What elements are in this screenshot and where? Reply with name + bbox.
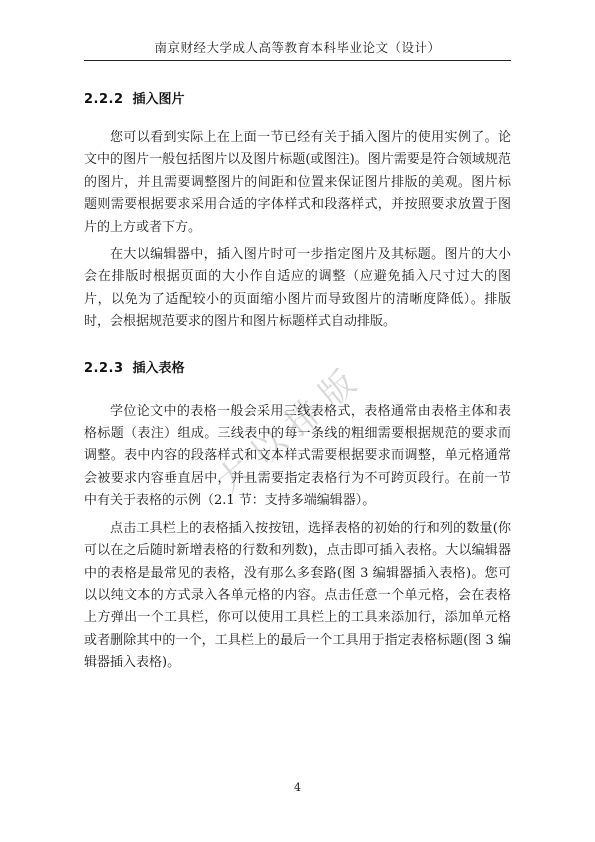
section-title: 插入表格 bbox=[133, 361, 185, 376]
running-header: 南京财经大学成人高等教育本科毕业论文（设计） bbox=[84, 40, 511, 61]
document-page: 大以排版 南京财经大学成人高等教育本科毕业论文（设计） 2.2.2插入图片 您可… bbox=[0, 0, 595, 842]
page-content: 南京财经大学成人高等教育本科毕业论文（设计） 2.2.2插入图片 您可以看到实际… bbox=[0, 0, 595, 675]
section-heading-2-2-2: 2.2.2插入图片 bbox=[84, 92, 511, 108]
paragraph-insert-image-1: 您可以看到实际上在上面一节已经有关于插入图片的使用实例了。论文中的图片一般包括图… bbox=[84, 127, 511, 239]
section-title: 插入图片 bbox=[133, 92, 185, 107]
section-heading-2-2-3: 2.2.3插入表格 bbox=[84, 361, 511, 377]
paragraph-insert-table-1: 学位论文中的表格一般会采用三线表格式，表格通常由表格主体和表格标题（表注）组成。… bbox=[84, 401, 511, 513]
section-number: 2.2.2 bbox=[84, 92, 124, 107]
paragraph-insert-image-2: 在大以编辑器中，插入图片时可一步指定图片及其标题。图片的大小会在排版时根据页面的… bbox=[84, 244, 511, 334]
section-number: 2.2.3 bbox=[84, 361, 124, 376]
page-number: 4 bbox=[0, 781, 595, 794]
paragraph-insert-table-2: 点击工具栏上的表格插入按按钮，选择表格的初始的行和列的数量(你可以在之后随时新增… bbox=[84, 518, 511, 675]
